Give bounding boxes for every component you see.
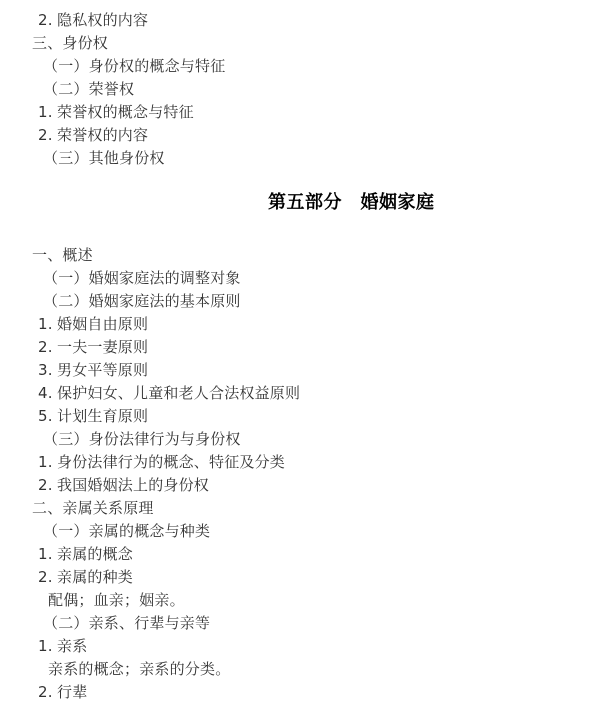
outline-line: 2.荣誉权的内容 — [0, 124, 592, 147]
outline-text: 行辈 — [57, 683, 87, 701]
outline-marker: （三） — [43, 149, 89, 167]
outline-text: 计划生育原则 — [57, 407, 148, 425]
outline-text: 亲属的概念 — [57, 545, 133, 563]
outline-text: 亲属的种类 — [57, 568, 133, 586]
outline-text: 身份法律行为的概念、特征及分类 — [57, 453, 285, 471]
outline-line: 4.保护妇女、儿童和老人合法权益原则 — [0, 382, 592, 405]
outline-marker: （一） — [43, 269, 89, 287]
outline-text: 婚姻自由原则 — [57, 315, 148, 333]
outline-marker: 三、 — [32, 34, 62, 52]
outline-line: 1.亲系 — [0, 635, 592, 658]
outline-text: 亲属关系原理 — [62, 499, 153, 517]
outline-line: 2.隐私权的内容 — [0, 9, 592, 32]
outline-marker: （二） — [43, 614, 89, 632]
outline-line: （三）身份法律行为与身份权 — [0, 428, 592, 451]
outline-text: 身份权的概念与特征 — [89, 57, 226, 75]
outline-text: 婚姻家庭法的基本原则 — [89, 292, 241, 310]
outline-text: 其他身份权 — [89, 149, 165, 167]
outline-marker: （一） — [43, 57, 89, 75]
outline-marker: 2. — [38, 336, 57, 359]
outline-line: （二）亲系、行辈与亲等 — [0, 612, 592, 635]
outline-text: 亲系的概念；亲系的分类。 — [48, 660, 230, 678]
outline-marker: 2. — [38, 474, 57, 497]
outline-text: 我国婚姻法上的身份权 — [57, 476, 209, 494]
outline-text: 男女平等原则 — [57, 361, 148, 379]
outline-line: 1.荣誉权的概念与特征 — [0, 101, 592, 124]
outline-marker: 2. — [38, 681, 57, 704]
outline-marker: （一） — [43, 522, 89, 540]
outline-text: 亲系 — [57, 637, 87, 655]
outline-marker: （二） — [43, 292, 89, 310]
outline-marker: 1. — [38, 313, 57, 336]
outline-line: 2.亲属的种类 — [0, 566, 592, 589]
outline-marker: 4. — [38, 382, 57, 405]
outline-line: （一）亲属的概念与种类 — [0, 520, 592, 543]
outline-marker: 一、 — [32, 246, 62, 264]
outline-text: 身份权 — [62, 34, 108, 52]
outline-marker: 3. — [38, 359, 57, 382]
outline-marker: （三） — [43, 430, 89, 448]
outline-marker: 2. — [38, 566, 57, 589]
outline-line: （一）婚姻家庭法的调整对象 — [0, 267, 592, 290]
section-heading: 第五部分 婚姻家庭 — [0, 190, 592, 216]
outline-marker: （二） — [43, 80, 89, 98]
outline-marker: 1. — [38, 635, 57, 658]
outline-text: 荣誉权的内容 — [57, 126, 148, 144]
outline-line: 2.行辈 — [0, 681, 592, 704]
outline-marker: 二、 — [32, 499, 62, 517]
outline-line: 一、概述 — [0, 244, 592, 267]
outline-text: 身份法律行为与身份权 — [89, 430, 241, 448]
outline-marker: 1. — [38, 543, 57, 566]
outline-line: （三）其他身份权 — [0, 147, 592, 170]
outline-line: 1.亲属的概念 — [0, 543, 592, 566]
outline-text: 荣誉权 — [89, 80, 135, 98]
outline-line: （一）身份权的概念与特征 — [0, 55, 592, 78]
outline-line: 2.一夫一妻原则 — [0, 336, 592, 359]
outline-marker: 2. — [38, 124, 57, 147]
document-body: 2.隐私权的内容三、身份权（一）身份权的概念与特征（二）荣誉权1.荣誉权的概念与… — [0, 0, 592, 704]
outline-marker: 5. — [38, 405, 57, 428]
outline-line: 1.身份法律行为的概念、特征及分类 — [0, 451, 592, 474]
outline-line: （二）荣誉权 — [0, 78, 592, 101]
outline-marker: 2. — [38, 9, 57, 32]
outline-text: 一夫一妻原则 — [57, 338, 148, 356]
outline-line: 5.计划生育原则 — [0, 405, 592, 428]
outline-text: 亲系、行辈与亲等 — [89, 614, 211, 632]
outline-marker: 1. — [38, 451, 57, 474]
outline-line: （二）婚姻家庭法的基本原则 — [0, 290, 592, 313]
outline-text: 荣誉权的概念与特征 — [57, 103, 194, 121]
outline-text: 保护妇女、儿童和老人合法权益原则 — [57, 384, 300, 402]
outline-line: 配偶；血亲；姻亲。 — [0, 589, 592, 612]
outline-text: 婚姻家庭法的调整对象 — [89, 269, 241, 287]
outline-marker: 1. — [38, 101, 57, 124]
outline-text: 隐私权的内容 — [57, 11, 148, 29]
outline-text: 配偶；血亲；姻亲。 — [48, 591, 185, 609]
outline-line: 二、亲属关系原理 — [0, 497, 592, 520]
outline-line: 2.我国婚姻法上的身份权 — [0, 474, 592, 497]
outline-line: 亲系的概念；亲系的分类。 — [0, 658, 592, 681]
outline-line: 1.婚姻自由原则 — [0, 313, 592, 336]
outline-line: 3.男女平等原则 — [0, 359, 592, 382]
outline-text: 亲属的概念与种类 — [89, 522, 211, 540]
outline-line: 三、身份权 — [0, 32, 592, 55]
outline-text: 概述 — [62, 246, 92, 264]
